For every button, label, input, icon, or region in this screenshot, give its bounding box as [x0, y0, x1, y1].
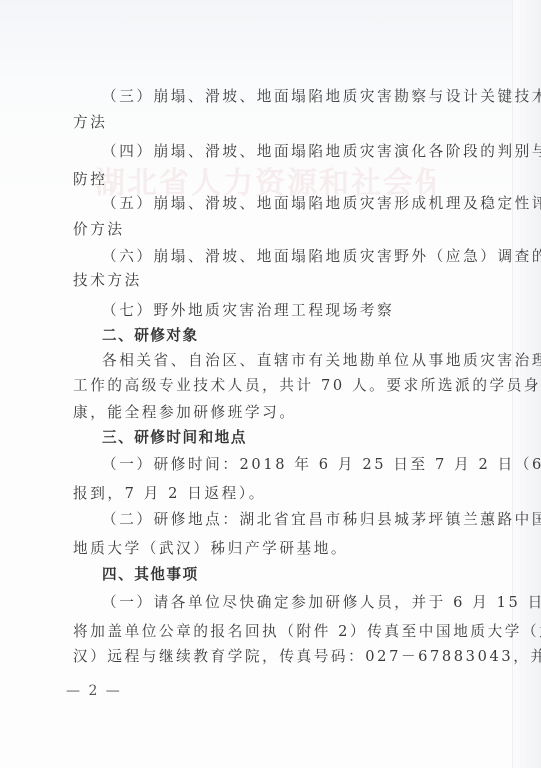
section-heading-3: 三、研修时间和地点 [102, 429, 247, 447]
page-number: — 2 — [66, 683, 122, 699]
study-location-item: （二）研修地点：湖北省宜昌市秭归县城茅坪镇兰蕙路中国 [102, 511, 541, 529]
paragraph-line: 工作的高级专业技术人员，共计 70 人。要求所选派的学员身体健 [73, 377, 541, 395]
bleed-through-text: 湖北省人力资源和社会保障厅 [95, 158, 435, 198]
document-page: 湖北省人力资源和社会保障厅 （三）崩塌、滑坡、地面塌陷地质灾害勘察与设计关键技术… [0, 0, 541, 768]
section-heading-2: 二、研修对象 [102, 327, 199, 345]
study-time-continuation: 报到，7 月 2 日返程）。 [73, 485, 266, 503]
list-item-7: （七）野外地质灾害治理工程现场考察 [102, 302, 394, 320]
list-item-5-continuation: 价方法 [73, 221, 125, 239]
study-time-item: （一）研修时间：2018 年 6 月 25 日至 7 月 2 日（6 月 25 … [102, 456, 541, 474]
paragraph-line: 各相关省、自治区、直辖市有关地勘单位从事地质灾害治理 [102, 352, 541, 370]
list-item-4-continuation: 防控 [73, 171, 107, 189]
list-item-3-continuation: 方法 [73, 114, 107, 132]
paragraph-line: 康，能全程参加研修班学习。 [73, 404, 297, 422]
section-heading-4: 四、其他事项 [102, 566, 199, 584]
other-matters-continuation: 将加盖单位公章的报名回执（附件 2）传真至中国地质大学（武 [73, 623, 541, 641]
list-item-3: （三）崩塌、滑坡、地面塌陷地质灾害勘察与设计关键技术 [102, 88, 541, 106]
list-item-4: （四）崩塌、滑坡、地面塌陷地质灾害演化各阶段的判别与 [102, 143, 541, 161]
other-matters-item: （一）请各单位尽快确定参加研修人员，并于 6 月 15 日之前 [102, 594, 541, 612]
list-item-5: （五）崩塌、滑坡、地面塌陷地质灾害形成机理及稳定性评 [102, 195, 541, 213]
list-item-6: （六）崩塌、滑坡、地面塌陷地质灾害野外（应急）调查的 [102, 248, 541, 266]
list-item-6-continuation: 技术方法 [73, 272, 142, 290]
study-location-continuation: 地质大学（武汉）秭归产学研基地。 [73, 540, 348, 558]
other-matters-continuation: 汉）远程与继续教育学院，传真号码：027－67883043，并将电子 [73, 648, 541, 666]
